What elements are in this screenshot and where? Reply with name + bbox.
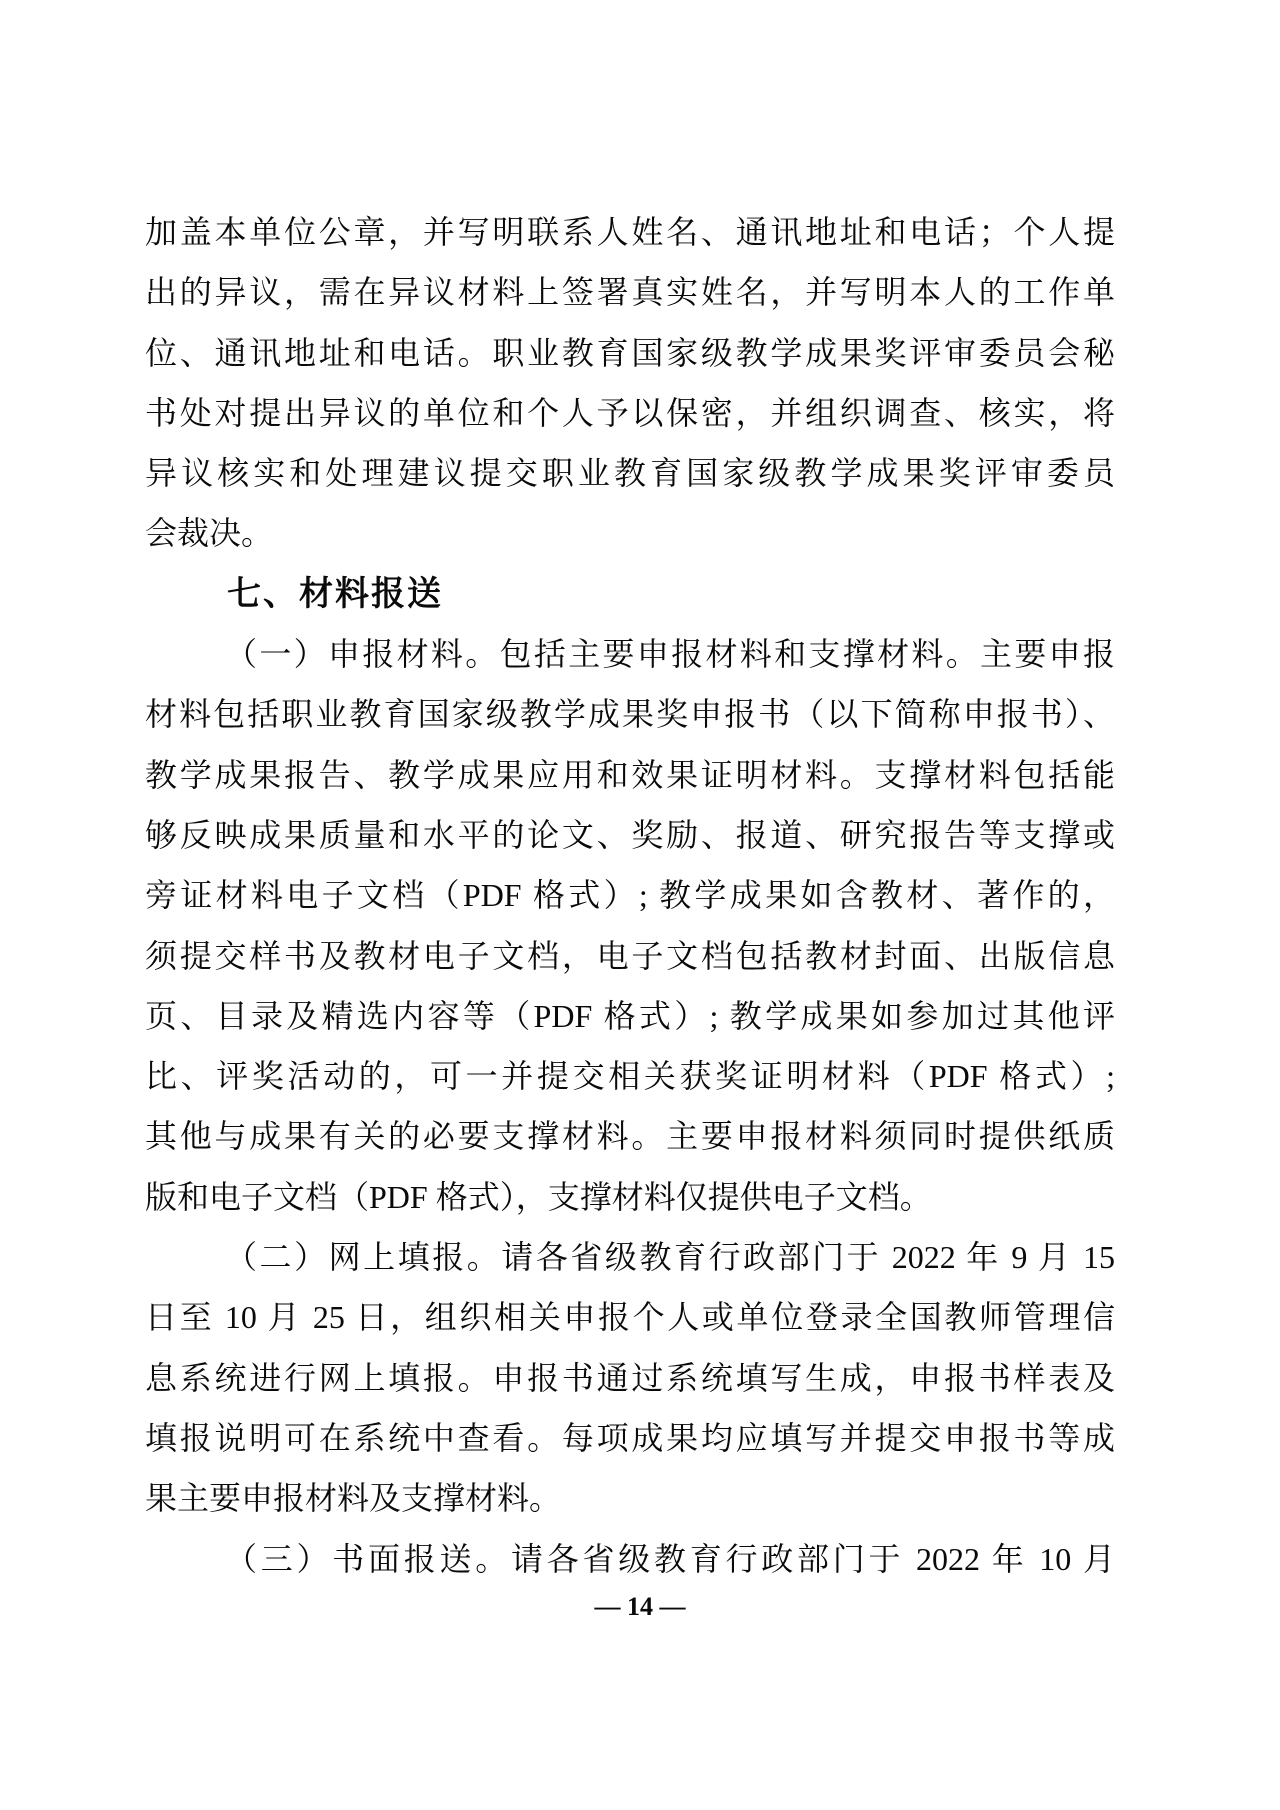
- text-line: 日至 10 月 25 日，组织相关申报个人或单位登录全国教师管理信: [145, 1287, 1115, 1347]
- text-line: 息系统进行网上填报。申报书通过系统填写生成，申报书样表及: [145, 1348, 1115, 1408]
- text-block: 加盖本单位公章，并写明联系人姓名、通讯地址和电话；个人提 出的异议，需在异议材料…: [145, 202, 1115, 1589]
- text-line: 教学成果报告、教学成果应用和效果证明材料。支撑材料包括能: [145, 745, 1115, 805]
- text-line: 填报说明可在系统中查看。每项成果均应填写并提交申报书等成: [145, 1408, 1115, 1468]
- text-line: 页、目录及精选内容等（PDF 格式）; 教学成果如参加过其他评: [145, 986, 1115, 1046]
- section-heading-materials-submission: 七、材料报送: [145, 564, 1115, 624]
- text-line: 够反映成果质量和水平的论文、奖励、报道、研究报告等支撑或: [145, 805, 1115, 865]
- text-line: 会裁决。: [145, 503, 1115, 563]
- text-line: 比、评奖活动的，可一并提交相关获奖证明材料（PDF 格式）;: [145, 1046, 1115, 1106]
- text-line: 材料包括职业教育国家级教学成果奖申报书（以下简称申报书）、: [145, 684, 1115, 744]
- text-line: 须提交样书及教材电子文档，电子文档包括教材封面、出版信息: [145, 926, 1115, 986]
- text-line: （一）申报材料。包括主要申报材料和支撑材料。主要申报: [145, 624, 1115, 684]
- text-line: 出的异议，需在异议材料上签署真实姓名，并写明本人的工作单: [145, 262, 1115, 322]
- text-line: 位、通讯地址和电话。职业教育国家级教学成果奖评审委员会秘: [145, 323, 1115, 383]
- text-line: （三）书面报送。请各省级教育行政部门于 2022 年 10 月: [145, 1529, 1115, 1589]
- text-line: 其他与成果有关的必要支撑材料。主要申报材料须同时提供纸质: [145, 1106, 1115, 1166]
- text-line: 旁证材料电子文档（PDF 格式）; 教学成果如含教材、著作的，: [145, 865, 1115, 925]
- text-line: 版和电子文档（PDF 格式），支撑材料仅提供电子文档。: [145, 1167, 1115, 1227]
- text-line: 果主要申报材料及支撑材料。: [145, 1468, 1115, 1528]
- text-line: 异议核实和处理建议提交职业教育国家级教学成果奖评审委员: [145, 443, 1115, 503]
- text-line: 加盖本单位公章，并写明联系人姓名、通讯地址和电话；个人提: [145, 202, 1115, 262]
- text-line: （二）网上填报。请各省级教育行政部门于 2022 年 9 月 15: [145, 1227, 1115, 1287]
- text-line: 书处对提出异议的单位和个人予以保密，并组织调查、核实，将: [145, 383, 1115, 443]
- document-page: 加盖本单位公章，并写明联系人姓名、通讯地址和电话；个人提 出的异议，需在异议材料…: [0, 0, 1280, 1810]
- page-number: — 14 —: [0, 1592, 1280, 1622]
